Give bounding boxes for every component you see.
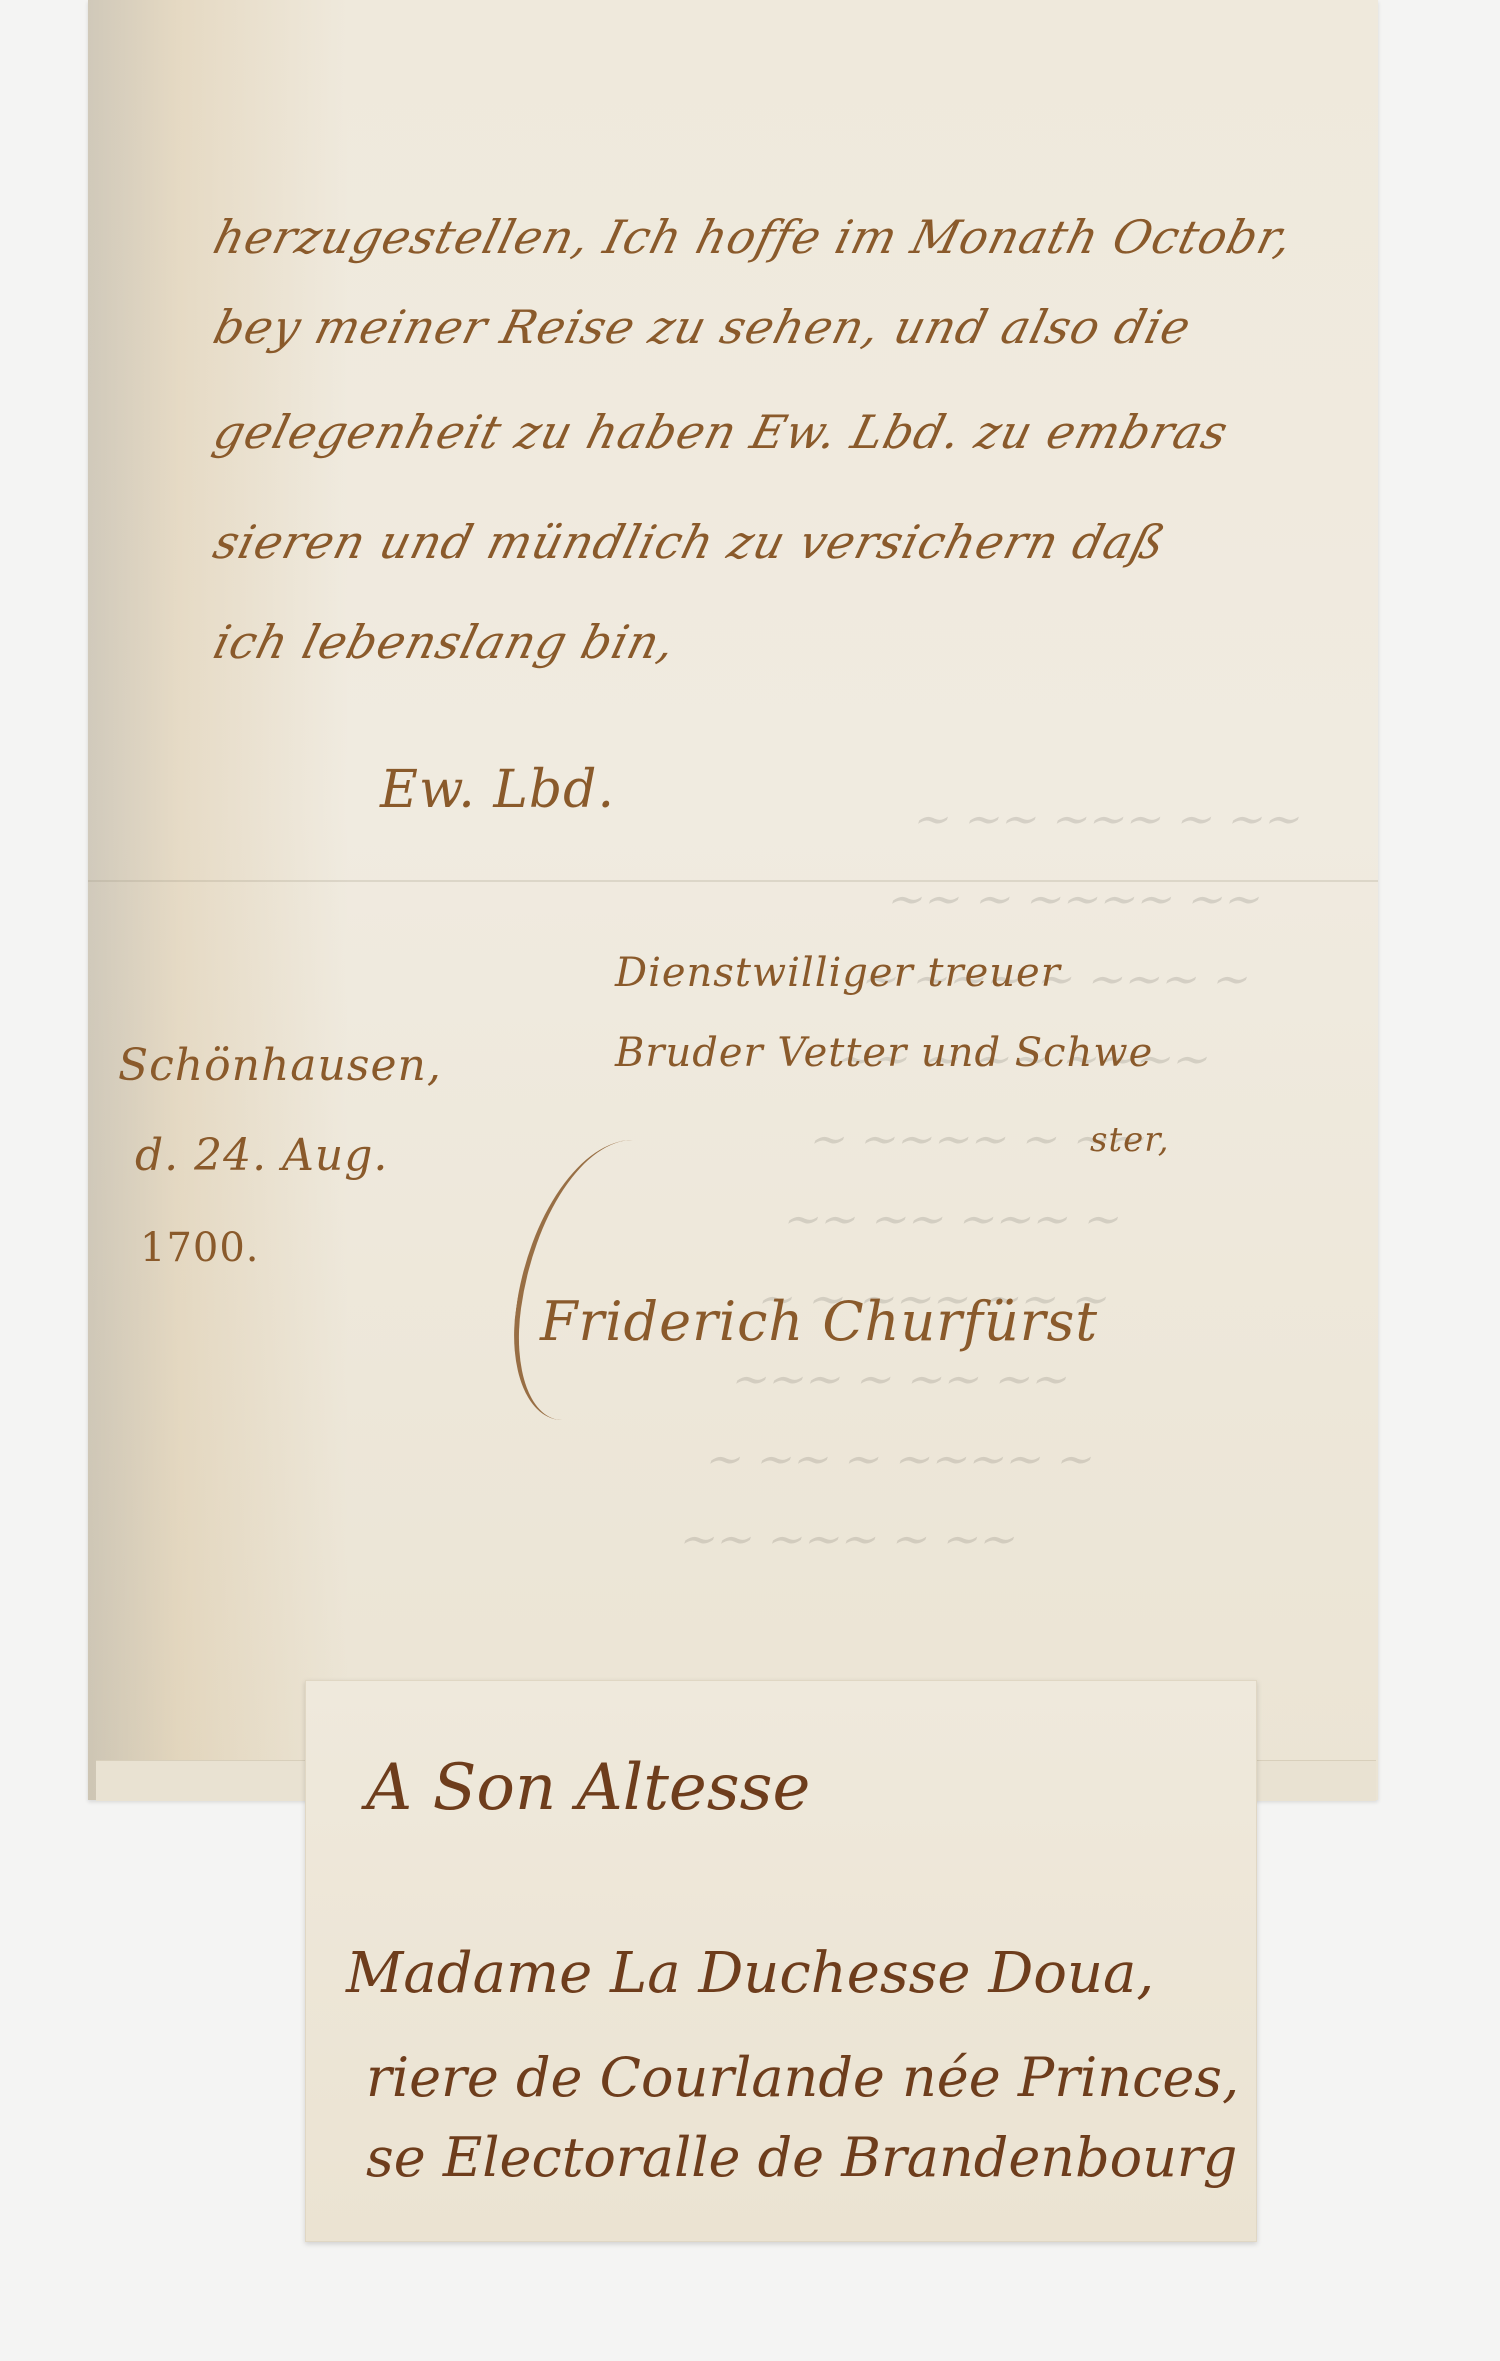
letter-body-line: sieren und mündlich zu versichern daß	[208, 515, 1171, 569]
envelope-address-line: se Electoralle de Brandenbourg	[366, 2126, 1237, 2189]
water-stain	[88, 0, 348, 1800]
closing-line: ster,	[1090, 1120, 1170, 1160]
envelope-address-line: riere de Courlande née Princes,	[366, 2046, 1239, 2109]
letter-body-line: ich lebenslang bin,	[208, 615, 681, 669]
year: 1700.	[140, 1225, 260, 1271]
date: d. 24. Aug.	[135, 1130, 388, 1181]
envelope-address-line: Madame La Duchesse Doua,	[346, 1941, 1154, 2006]
letter-body-line: bey meiner Reise zu sehen, und also die	[208, 300, 1197, 354]
letter-sheet: ~ ~~ ~~~ ~ ~~ ~~ ~ ~~~~ ~~ ~ ~~~ ~ ~~~ ~…	[88, 0, 1378, 1800]
letter-body-line: gelegenheit zu haben Ew. Lbd. zu embras	[208, 405, 1234, 459]
salutation: Ew. Lbd.	[380, 760, 615, 820]
show-through-text: ~ ~~ ~~~ ~ ~~ ~~ ~ ~~~~ ~~ ~ ~~~ ~ ~~~ ~…	[648, 780, 1487, 1640]
closing-line: Dienstwilliger treuer	[615, 950, 1061, 996]
closing-line: Bruder Vetter und Schwe	[615, 1030, 1153, 1076]
envelope-address-line: A Son Altesse	[366, 1751, 810, 1825]
place-name: Schönhausen,	[118, 1040, 442, 1091]
signature: Friderich Churfürst	[540, 1290, 1098, 1353]
letter-body-line: herzugestellen, Ich hoffe im Monath Octo…	[208, 210, 1298, 264]
envelope: A Son Altesse Madame La Duchesse Doua, r…	[305, 1680, 1257, 2242]
